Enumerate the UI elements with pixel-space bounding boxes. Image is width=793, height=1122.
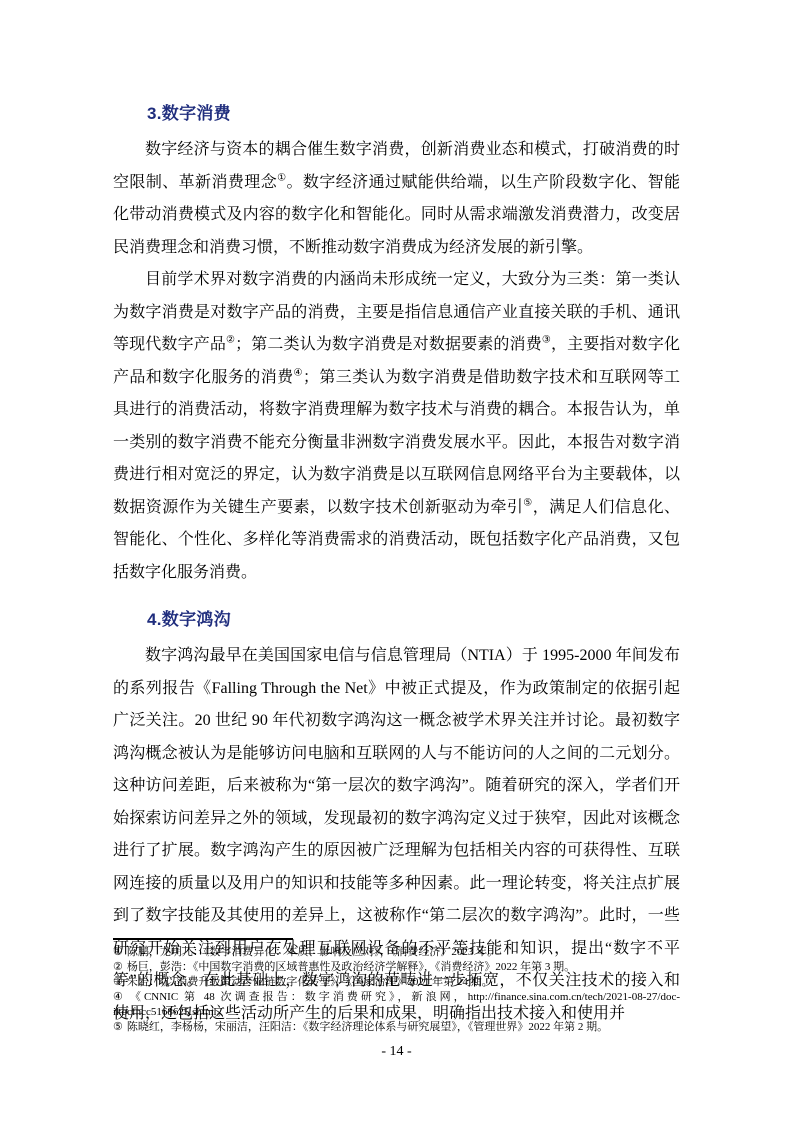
footnote-2: ②杨巨，彭浩：《中国数字消费的区域普惠性及政治经济学解释》，《消费经济》2022… bbox=[113, 960, 680, 975]
paragraph-digital-consumption-1: 数字经济与资本的耦合催生数字消费，创新消费业态和模式，打破消费的时空限制、革新消… bbox=[113, 134, 680, 264]
body-text: ；第三类认为数字消费是借助数字技术和互联网等工具进行的消费活动，将数字消费理解为… bbox=[113, 369, 680, 516]
heading-digital-divide: 4.数字鸿沟 bbox=[113, 605, 680, 630]
paragraph-digital-consumption-2: 目前学术界对数字消费的内涵尚未形成统一定义，大致分为三类：第一类认为数字消费是对… bbox=[113, 264, 680, 589]
footnote-4: ④《CNNIC 第 48 次调查报告：数字消费研究》，新浪网，http://fi… bbox=[113, 990, 680, 1020]
footnote-3: ③朱岩：《以消费升级带动产业链数字化转型》，《国家治理》2021 年第 24 期… bbox=[113, 975, 680, 990]
footnote-text: 陈晓红，李杨杨，宋丽洁，汪阳洁：《数字经济理论体系与研究展望》，《管理世界》20… bbox=[127, 1021, 608, 1033]
body-text: ；第二类认为数字消费是对数据要素的消费 bbox=[235, 336, 542, 353]
footnote-1: ①陈鹏，龙玥儿：《数字消费异化：本质、影响及应对》，《消费经济》2023 年。 bbox=[113, 945, 680, 960]
footnote-ref-1: ① bbox=[277, 172, 286, 183]
footnote-ref-2: ② bbox=[226, 335, 235, 346]
page-number: - 14 - bbox=[0, 1044, 793, 1060]
footnote-ref-5: ⑤ bbox=[523, 497, 532, 508]
heading-digital-consumption: 3.数字消费 bbox=[113, 99, 680, 124]
footnote-marker: ⑤ bbox=[113, 1021, 123, 1033]
footnote-5: ⑤陈晓红，李杨杨，宋丽洁，汪阳洁：《数字经济理论体系与研究展望》，《管理世界》2… bbox=[113, 1020, 680, 1035]
footnote-divider bbox=[113, 938, 293, 940]
footnote-marker: ① bbox=[113, 946, 123, 958]
footnote-text: 《CNNIC 第 48 次调查报告：数字消费研究》，新浪网，http://fin… bbox=[113, 991, 680, 1018]
footnote-text: 杨巨，彭浩：《中国数字消费的区域普惠性及政治经济学解释》，《消费经济》2022 … bbox=[127, 961, 575, 973]
document-page: 3.数字消费 数字经济与资本的耦合催生数字消费，创新消费业态和模式，打破消费的时… bbox=[0, 0, 793, 1122]
footnote-ref-3: ③ bbox=[542, 335, 551, 346]
footnote-text: 朱岩：《以消费升级带动产业链数字化转型》，《国家治理》2021 年第 24 期。 bbox=[127, 976, 493, 988]
footnote-text: 陈鹏，龙玥儿：《数字消费异化：本质、影响及应对》，《消费经济》2023 年。 bbox=[127, 946, 498, 958]
footnotes-section: ①陈鹏，龙玥儿：《数字消费异化：本质、影响及应对》，《消费经济》2023 年。 … bbox=[113, 938, 680, 1035]
page-content: 3.数字消费 数字经济与资本的耦合催生数字消费，创新消费业态和模式，打破消费的时… bbox=[113, 99, 680, 1030]
footnote-ref-4: ④ bbox=[294, 367, 303, 378]
footnote-marker: ② bbox=[113, 961, 123, 973]
footnote-marker: ④ bbox=[113, 991, 126, 1003]
footnote-marker: ③ bbox=[113, 976, 123, 988]
